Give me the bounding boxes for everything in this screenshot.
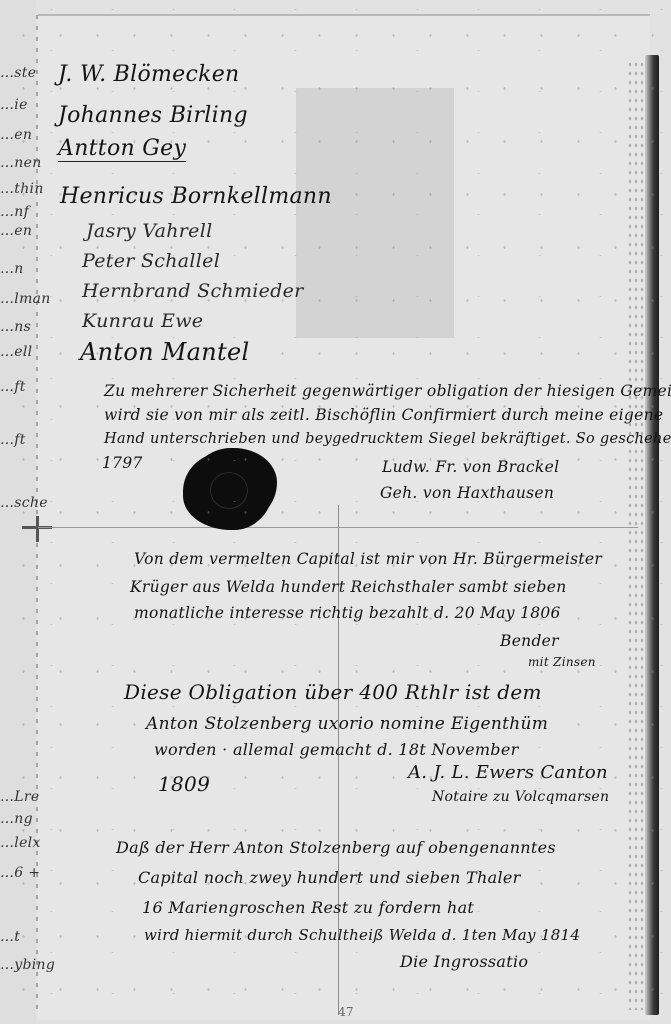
margin-fragment: …ft (0, 380, 26, 394)
signature: J. W. Blömecken (58, 64, 240, 86)
text-line: 1809 (158, 774, 210, 794)
edge-stains (627, 60, 645, 1010)
horizontal-fold-line (38, 527, 638, 528)
margin-fragment: …nen (0, 156, 42, 170)
margin-fragment: …ft (0, 433, 26, 447)
margin-fragment: …ell (0, 345, 32, 359)
margin-fragment: …ng (0, 812, 33, 826)
text-line: Capital noch zwey hundert und sieben Tha… (138, 870, 521, 886)
scanned-document-page: …ste …ie …en …nen …thin …nf …en …n …lman… (0, 0, 671, 1024)
signature: Henricus Bornkellmann (60, 186, 332, 208)
margin-fragment: …lelx (0, 836, 41, 850)
signature: Bender (500, 634, 559, 650)
text-line: wird hiermit durch Schultheiß Welda d. 1… (144, 928, 580, 943)
signatory: Ludw. Fr. von Brackel (382, 460, 559, 476)
wax-seal (183, 452, 273, 530)
signature: Hernbrand Schmieder (82, 282, 304, 301)
margin-fragment: …nf (0, 205, 29, 219)
margin-fragment: …t (0, 930, 20, 944)
signature: Jasry Vahrell (86, 222, 212, 241)
text-line: Krüger aus Welda hundert Reichsthaler sa… (130, 580, 566, 596)
text-line: Zu mehrerer Sicherheit gegenwärtiger obl… (104, 384, 671, 400)
margin-fragment: …ste (0, 66, 36, 80)
margin-fragment: …ie (0, 98, 28, 112)
margin-fragment: …6 + (0, 866, 40, 880)
signature: Die Ingrossatio (400, 954, 528, 970)
margin-fragment: …sche (0, 496, 48, 510)
signature: Antton Gey (58, 138, 186, 162)
text-line: Daß der Herr Anton Stolzenberg auf obeng… (116, 840, 556, 856)
margin-fragment: …thin (0, 182, 44, 196)
signatory: Geh. von Haxthausen (380, 486, 554, 502)
text-line: Anton Stolzenberg uxorio nomine Eigenthü… (146, 716, 548, 733)
text-line: worden · allemal gemacht d. 18t November (154, 742, 519, 758)
fold-cross-mark-vertical (36, 516, 39, 542)
insertion: mit Zinsen (528, 656, 596, 668)
seal-impression (210, 472, 248, 509)
text-line: Diese Obligation über 400 Rthlr ist dem (124, 682, 542, 702)
signature: Johannes Birling (58, 105, 248, 127)
margin-fragment: …Lre (0, 790, 39, 804)
margin-fragment: …lman (0, 292, 51, 306)
text-line: Von dem vermelten Capital ist mir von Hr… (134, 552, 602, 568)
margin-fragment: …en (0, 224, 32, 238)
margin-fragment: …ns (0, 320, 31, 334)
text-line: monatliche interesse richtig bezahlt d. … (134, 606, 561, 622)
notary-signature: A. J. L. Ewers Canton (408, 764, 608, 782)
signature: Kunrau Ewe (82, 312, 203, 331)
text-line: 16 Mariengroschen Rest zu fordern hat (142, 900, 474, 916)
margin-fragment: …en (0, 128, 32, 142)
text-line: 1797 (102, 456, 143, 472)
text-line: wird sie von mir als zeitl. Bischöflin C… (104, 408, 663, 424)
notary-title: Notaire zu Volcqmarsen (432, 790, 609, 804)
margin-fragment: …ybing (0, 958, 55, 972)
page-number: 47 (338, 1006, 354, 1018)
paper-repair-patch (296, 88, 454, 338)
signature: Anton Mantel (80, 340, 249, 364)
signature: Peter Schallel (82, 252, 220, 271)
margin-fragment: …n (0, 262, 24, 276)
text-line: Hand unterschrieben und beygedrucktem Si… (104, 432, 671, 447)
torn-right-edge (645, 55, 659, 1015)
